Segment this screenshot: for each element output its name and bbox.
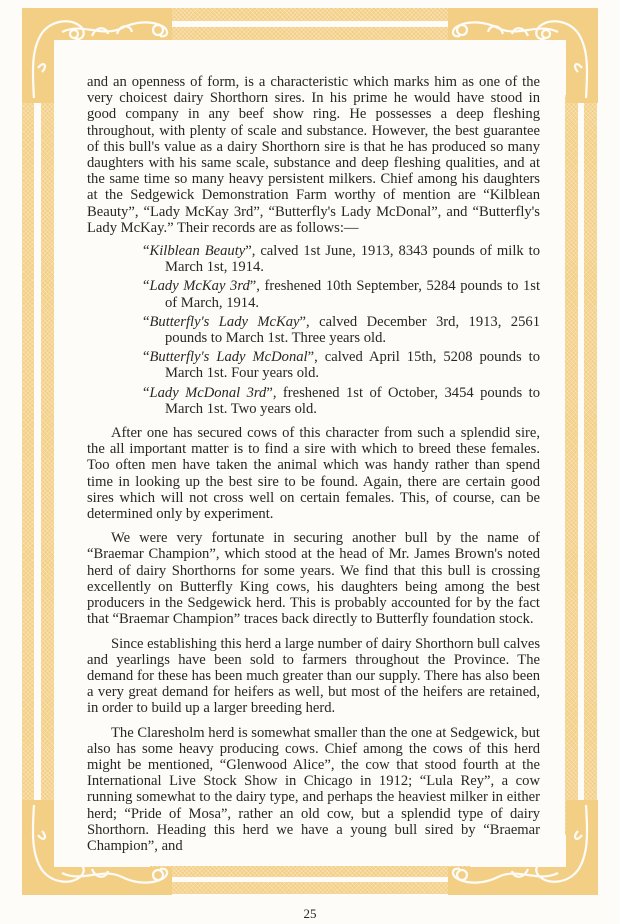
cow-name: Kilblean Beauty (149, 243, 245, 259)
paragraph-sire-description: and an openness of form, is a characteri… (87, 74, 540, 236)
page-number: 25 (0, 906, 620, 922)
border-right-inner (584, 95, 597, 835)
paragraph-braemar-champion: We were very fortunate in securing anoth… (87, 530, 540, 627)
cow-name: Lady McKay 3rd (149, 278, 249, 294)
milk-records-list: “Kilblean Beauty”, calved 1st June, 1913… (87, 243, 540, 417)
page-body: and an openness of form, is a characteri… (87, 74, 540, 854)
border-top-inner (150, 27, 470, 40)
record-item: “Lady McKay 3rd”, freshened 10th Septemb… (143, 278, 540, 310)
record-item: “Lady McDonal 3rd”, freshened 1st of Oct… (143, 385, 540, 417)
paragraph-herd-sales: Since establishing this herd a large num… (87, 636, 540, 717)
border-left-outer (22, 95, 34, 835)
record-item: “Butterfly's Lady McDonal”, calved April… (143, 349, 540, 381)
border-bottom-outer (150, 866, 470, 877)
paragraph-sire-selection: After one has secured cows of this chara… (87, 425, 540, 522)
paragraph-claresholm-herd: The Claresholm herd is somewhat smaller … (87, 725, 540, 855)
border-bottom-inner (150, 882, 470, 894)
border-left-inner (41, 95, 54, 835)
record-item: “Kilblean Beauty”, calved 1st June, 1913… (143, 243, 540, 275)
cow-name: Butterfly's Lady McKay (149, 314, 299, 330)
border-right-outer (565, 95, 578, 835)
border-top-outer (150, 8, 470, 21)
cow-name: Butterfly's Lady McDonal (149, 349, 307, 365)
cow-name: Lady McDonal 3rd (149, 385, 266, 401)
record-item: “Butterfly's Lady McKay”, calved Decembe… (143, 314, 540, 346)
